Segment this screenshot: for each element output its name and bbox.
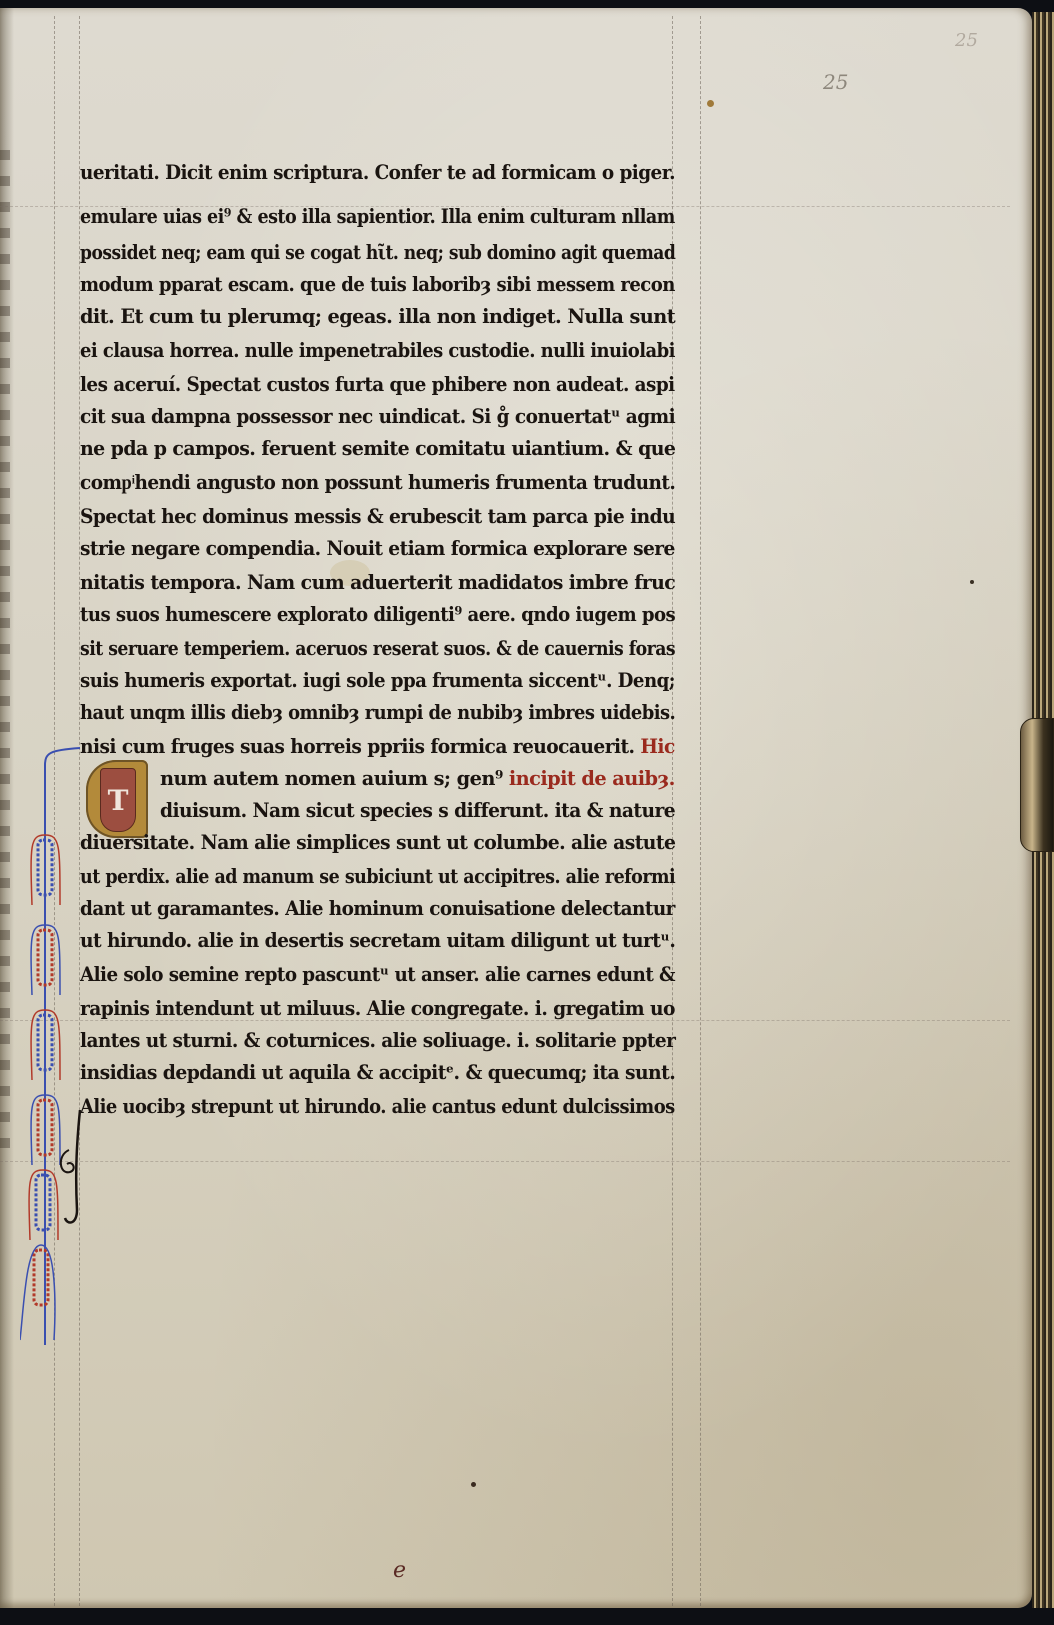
text-line: les aceruí. Spectat custos furta que phi… — [80, 372, 675, 396]
text-line: lantes ut sturni. & coturnices. alie sol… — [80, 1028, 675, 1052]
text-line: strie negare compendia. Nouit etiam form… — [80, 536, 675, 560]
text-line: Alie solo semine repto pascuntᵘ ut anser… — [80, 962, 675, 986]
facing-page-bleed — [0, 150, 10, 1150]
rubric-heading: incipit de auibȝ. — [509, 766, 675, 790]
catchword: e — [393, 1558, 406, 1583]
ruling-line-right-outer — [700, 16, 701, 1606]
rubric-text: Hic — [640, 734, 674, 758]
faint-folio-number: 25 — [955, 30, 978, 51]
text-line: ne pda p campos. feruent semite comitatu… — [80, 436, 675, 460]
stain-spot — [471, 1482, 476, 1487]
text-line: Spectat hec dominus messis & erubescit t… — [80, 504, 675, 528]
text-line: diuersitate. Nam alie simplices sunt ut … — [80, 830, 675, 854]
text-line: dit. Et cum tu plerumq; egeas. illa non … — [80, 304, 675, 328]
text-line: possidet neq; eam qui se cogat hῖt. neq;… — [80, 240, 675, 264]
text-line: diuisum. Nam sicut species s differunt. … — [160, 798, 675, 822]
text-line: haut unqm illis diebȝ omnibȝ rumpi de nu… — [80, 700, 675, 724]
text-line: emulare uias ei⁹ & esto illa sapientior.… — [80, 204, 675, 228]
ruling-line-middle — [0, 1020, 1010, 1021]
folio-number: 25 — [823, 70, 848, 94]
text-line: ei clausa horrea. nulle impenetrabiles c… — [80, 338, 675, 362]
text-line: num autem nomen auium s; gen⁹ incipit de… — [160, 766, 675, 790]
text-line: insidias depdandi ut aquila & accipitᵉ. … — [80, 1060, 675, 1084]
stain-spot — [707, 100, 714, 107]
text-line: cit sua dampna possessor nec uindicat. S… — [80, 404, 675, 428]
stain-spot — [970, 580, 974, 584]
text-line: sit seruare temperiem. aceruos reserat s… — [80, 636, 675, 660]
descender-flourish-icon — [55, 1110, 95, 1230]
text-line: compͥhendi angusto non possunt humeris f… — [80, 470, 675, 495]
initial-foliate-field: T — [100, 768, 136, 832]
binding-clasp — [1020, 718, 1054, 852]
text-line: dant ut garamantes. Alie hominum conuisa… — [80, 896, 675, 920]
text-line: tus suos humescere explorato diligenti⁹ … — [80, 602, 675, 626]
text-line: nisi cum fruges suas horreis ppriis form… — [80, 734, 675, 758]
text-line: ueritati. Dicit enim scriptura. Confer t… — [80, 160, 675, 184]
decorated-initial: T — [86, 760, 148, 838]
text-line: modum pparat escam. que de tuis laboribȝ… — [80, 272, 675, 296]
text-line: suis humeris exportat. iugi sole ppa fru… — [80, 668, 675, 692]
text-line: Alie uocibȝ strepunt ut hirundo. alie ca… — [80, 1094, 675, 1118]
text-line: ut perdix. alie ad manum se subiciunt ut… — [80, 864, 675, 888]
text-line: rapinis intendunt ut miluus. Alie congre… — [80, 996, 675, 1020]
text-line: nitatis tempora. Nam cum aduerterit madi… — [80, 570, 675, 594]
text-line: ut hirundo. alie in desertis secretam ui… — [80, 928, 675, 952]
ruling-line-bottom — [0, 1161, 1010, 1162]
